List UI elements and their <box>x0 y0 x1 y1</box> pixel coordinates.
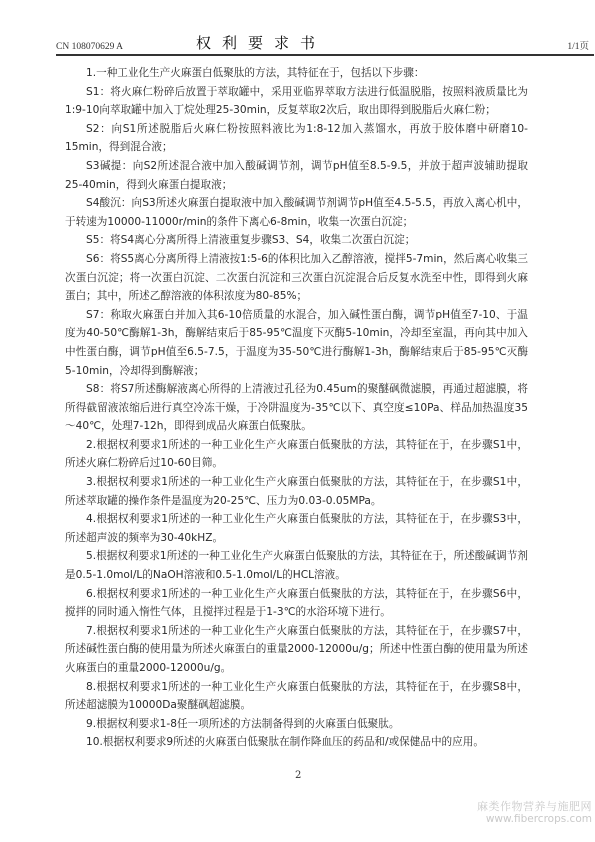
claim-9: 9.根据权利要求1-8任一项所述的方法制备得到的火麻蛋白低聚肽。 <box>65 715 528 734</box>
claim-1-step-s4: S4酸沉：向S3所述火麻蛋白提取液中加入酸碱调节剂调节pH值至4.5-5.5，再… <box>65 194 528 231</box>
claims-body: 1.一种工业化生产火麻蛋白低聚肽的方法，其特征在于，包括以下步骤： S1：将火麻… <box>65 64 528 752</box>
claim-4: 4.根据权利要求1所述的一种工业化生产火麻蛋白低聚肽的方法，其特征在于，在步骤S… <box>65 510 528 547</box>
claim-1-step-s5: S5：将S4离心分离所得上清液重复步骤S3、S4，收集二次蛋白沉淀； <box>65 231 528 250</box>
claim-1-step-s8: S8：将S7所述酶解液离心所得的上清液过孔径为0.45um的聚醚砜微滤膜，再通过… <box>65 380 528 436</box>
claim-2: 2.根据权利要求1所述的一种工业化生产火麻蛋白低聚肽的方法，其特征在于，在步骤S… <box>65 436 528 473</box>
claim-1-step-s3: S3碱提：向S2所述混合液中加入酸碱调节剂，调节pH值至8.5-9.5，并放于超… <box>65 157 528 194</box>
claim-7: 7.根据权利要求1所述的一种工业化生产火麻蛋白低聚肽的方法，其特征在于，在步骤S… <box>65 622 528 678</box>
watermark: 麻类作物营养与施肥网 www.fibercrops.com <box>470 800 592 826</box>
claim-3: 3.根据权利要求1所述的一种工业化生产火麻蛋白低聚肽的方法，其特征在于，在步骤S… <box>65 473 528 510</box>
header-rule <box>56 54 594 56</box>
claim-6: 6.根据权利要求1所述的一种工业化生产火麻蛋白低聚肽的方法，其特征在于，在步骤S… <box>65 585 528 622</box>
page-number: 2 <box>295 770 301 781</box>
document-title: 权利要求书 <box>56 32 466 53</box>
watermark-url: www.fibercrops.com <box>470 813 592 826</box>
claim-5: 5.根据权利要求1所述的一种工业化生产火麻蛋白低聚肽的方法，其特征在于，所述酸碱… <box>65 547 528 584</box>
claim-1-step-s7: S7：称取火麻蛋白并加入其6-10倍质量的水混合，加入碱性蛋白酶，调节pH值至7… <box>65 306 528 380</box>
claim-1-step-s1: S1：将火麻仁粉碎后放置于萃取罐中，采用亚临界萃取方法进行低温脱脂，按照料液质量… <box>65 83 528 120</box>
page-info: 1/1页 <box>567 38 589 52</box>
claim-1-step-s6: S6：将S5离心分离所得上清液按1:5-6的体积比加入乙醇溶液，搅拌5-7min… <box>65 250 528 306</box>
watermark-site-name: 麻类作物营养与施肥网 <box>470 800 592 813</box>
claim-1-intro: 1.一种工业化生产火麻蛋白低聚肽的方法，其特征在于，包括以下步骤： <box>65 64 528 83</box>
claim-10: 10.根据权利要求9所述的火麻蛋白低聚肽在制作降血压的药品和/或保健品中的应用。 <box>65 733 528 752</box>
claim-1-step-s2: S2：向S1所述脱脂后火麻仁粉按照料液比为1:8-12加入蒸馏水，再放于胶体磨中… <box>65 120 528 157</box>
claim-8: 8.根据权利要求1所述的一种工业化生产火麻蛋白低聚肽的方法，其特征在于，在步骤S… <box>65 678 528 715</box>
